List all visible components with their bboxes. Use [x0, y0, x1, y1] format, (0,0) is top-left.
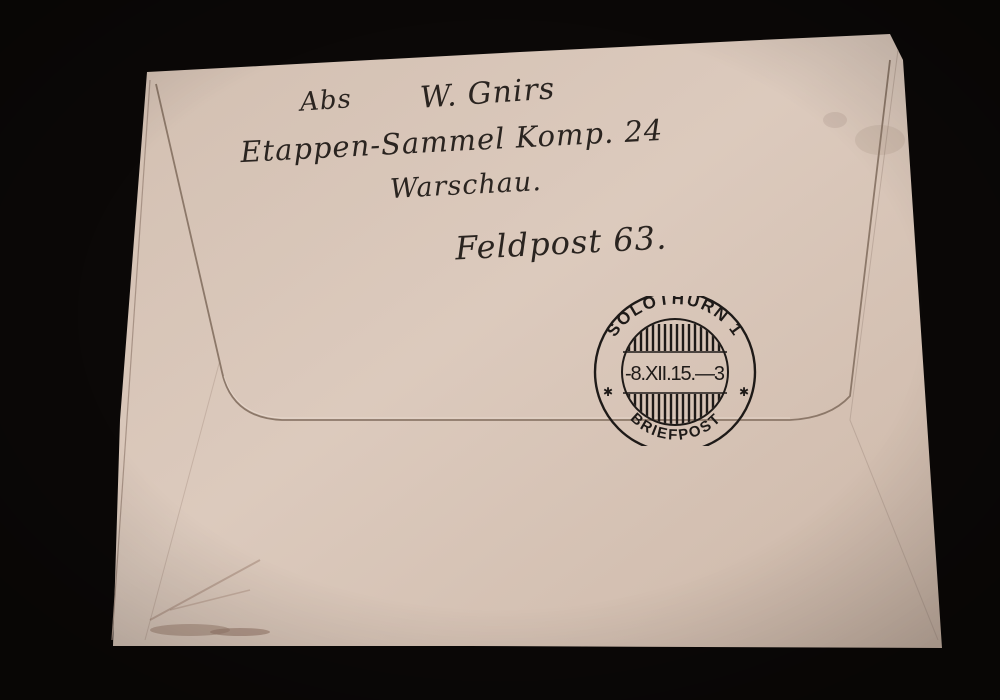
sender-prefix: Abs	[299, 84, 353, 118]
postmark-stamp: -8.XII.15.—3 SOLOTHURN 1 BRIEFPOST ✱ ✱	[583, 296, 769, 446]
stamp-star-right-icon: ✱	[739, 385, 749, 399]
stamp-star-left-icon: ✱	[603, 385, 613, 399]
stamp-date: -8.XII.15.—3	[625, 363, 725, 385]
